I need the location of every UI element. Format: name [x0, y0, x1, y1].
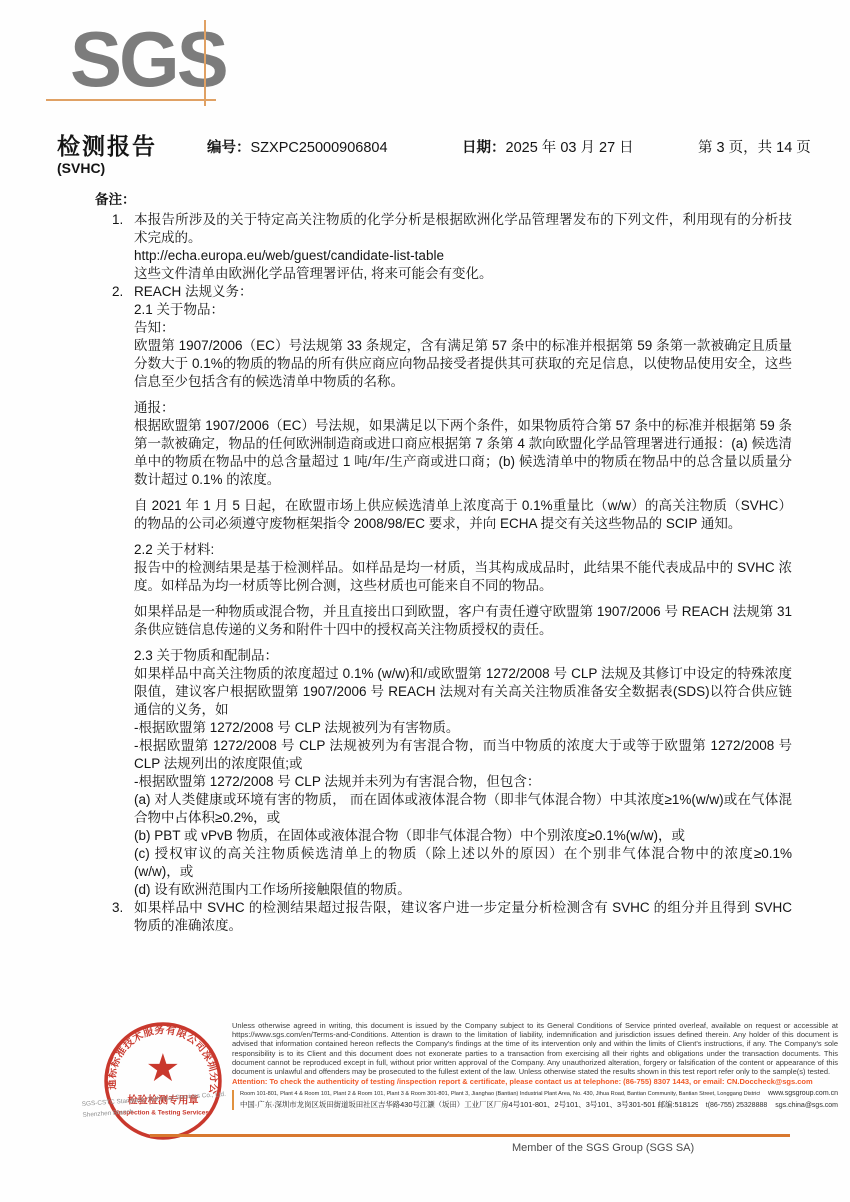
inform-label: 告知： [134, 319, 792, 337]
notes-heading: 备注： [95, 191, 792, 209]
substance-dash-2: -根据欧盟第 1272/2008 号 CLP 法规被列为有害混合物，而当中物质的… [134, 737, 792, 773]
note-1-text: 本报告所涉及的关于特定高关注物质的化学分析是根据欧洲化学品管理署发布的下列文件，… [134, 211, 792, 247]
attention-text: Attention: To check the authenticity of … [232, 1077, 838, 1086]
spacer [134, 533, 792, 541]
note-3-text: 如果样品中 SVHC 的检测结果超过报告限，建议客户进一步定量分析检测含有 SV… [134, 899, 792, 935]
material-text-1: 报告中的检测结果是基于检测样品。如样品是均一材质，当其构成成品时，此结果不能代表… [134, 559, 792, 595]
report-title: 检测报告 [57, 128, 157, 161]
inspection-stamp-icon: 通标标准技术服务有限公司深圳分公司 ★ 检验检测专用章 Inspection &… [102, 1020, 224, 1142]
substance-point-d: (d) 设有欧洲范围内工作场所接触限值的物质。 [134, 881, 792, 899]
report-date-value: 2025 年 03 月 27 日 [506, 140, 634, 156]
substance-point-a: (a) 对人类健康或环境有害的物质， 而在固体或液体混合物（即非气体混合物）中其… [134, 791, 792, 827]
sgs-logo: SGS [70, 14, 226, 105]
star-icon: ★ [146, 1047, 181, 1090]
section-2-1-title: 2.1 关于物品： [134, 301, 792, 319]
note-2-content: REACH 法规义务： 2.1 关于物品： 告知： 欧盟第 1907/2006（… [134, 283, 792, 899]
note-item-3: 3. 如果样品中 SVHC 的检测结果超过报告限，建议客户进一步定量分析检测含有… [112, 899, 792, 935]
report-page: SGS 检测报告 (SVHC) 编号：SZXPC25000906804 日期：2… [0, 0, 850, 1202]
spacer [134, 639, 792, 647]
report-number: 编号：SZXPC25000906804 [207, 136, 388, 157]
note-2-number: 2. [112, 283, 134, 301]
note-3-number: 3. [112, 899, 134, 917]
material-text-2: 如果样品是一种物质或混合物，并且直接出口到欧盟，客户有责任遵守欧盟第 1907/… [134, 603, 792, 639]
substance-point-c: (c) 授权审议的高关注物质候选清单上的物质（除上述以外的原因）在个别非气体混合… [134, 845, 792, 881]
address-row-english: Room 101-801, Plant 4 & Room 101, Plant … [240, 1090, 838, 1097]
spacer [134, 391, 792, 399]
notes-section: 备注： 1. 本报告所涉及的关于特定高关注物质的化学分析是根据欧洲化学品管理署发… [95, 191, 792, 935]
legal-disclaimer-text: Unless otherwise agreed in writing, this… [232, 1021, 838, 1076]
note-1-number: 1. [112, 211, 134, 229]
footer-rule-icon [150, 1134, 790, 1137]
inform-text: 欧盟第 1907/2006（EC）号法规第 33 条规定，含有满足第 57 条中… [134, 337, 792, 391]
address-block: Room 101-801, Plant 4 & Room 101, Plant … [232, 1090, 838, 1110]
address-chinese: 中国·广东·深圳市龙岗区坂田街道坂田社区吉华路430号江灏（坂田）工业厂区厂房4… [240, 1099, 698, 1110]
email-link[interactable]: sgs.china@sgs.com [775, 1102, 838, 1109]
report-date: 日期：2025 年 03 月 27 日 [462, 136, 634, 157]
substance-point-b: (b) PBT 或 vPvB 物质，在固体或液体混合物（即非气体混合物）中个别浓… [134, 827, 792, 845]
section-2-2-title: 2.2 关于材料: [134, 541, 792, 559]
footer-text-block: Unless otherwise agreed in writing, this… [232, 1021, 838, 1110]
report-number-value: SZXPC25000906804 [251, 140, 388, 156]
address-row-chinese: 中国·广东·深圳市龙岗区坂田街道坂田社区吉华路430号江灏（坂田）工业厂区厂房4… [240, 1097, 838, 1110]
notify-label: 通报： [134, 399, 792, 417]
scip-text: 自 2021 年 1 月 5 日起，在欧盟市场上供应候选清单上浓度高于 0.1%… [134, 497, 792, 533]
note-1-content: 本报告所涉及的关于特定高关注物质的化学分析是根据欧洲化学品管理署发布的下列文件，… [134, 211, 792, 283]
member-text: Member of the SGS Group (SGS SA) [512, 1142, 694, 1154]
substance-text: 如果样品中高关注物质的浓度超过 0.1% (w/w)和/或欧盟第 1272/20… [134, 665, 792, 719]
header-rule-vertical-icon [204, 20, 206, 106]
candidate-list-link[interactable]: http://echa.europa.eu/web/guest/candidat… [134, 247, 792, 265]
note-item-1: 1. 本报告所涉及的关于特定高关注物质的化学分析是根据欧洲化学品管理署发布的下列… [112, 211, 792, 283]
spacer [134, 595, 792, 603]
note-1-remark: 这些文件清单由欧洲化学品管理署评估, 将来可能会有变化。 [134, 265, 792, 283]
page-indicator: 第 3 页，共 14 页 [698, 136, 811, 157]
header-rule-horizontal-icon [46, 99, 216, 101]
report-number-label: 编号： [207, 140, 251, 156]
spacer [134, 489, 792, 497]
report-subtitle: (SVHC) [57, 160, 105, 176]
address-english: Room 101-801, Plant 4 & Room 101, Plant … [240, 1091, 760, 1097]
report-date-label: 日期： [462, 140, 506, 156]
phone-number: t(86-755) 25328888 [706, 1102, 768, 1109]
note-3-content: 如果样品中 SVHC 的检测结果超过报告限，建议客户进一步定量分析检测含有 SV… [134, 899, 792, 935]
notify-text: 根据欧盟第 1907/2006（EC）号法规，如果满足以下两个条件，如果物质符合… [134, 417, 792, 489]
note-item-2: 2. REACH 法规义务： 2.1 关于物品： 告知： 欧盟第 1907/20… [112, 283, 792, 899]
website-link[interactable]: www.sgsgroup.com.cn [768, 1090, 838, 1097]
substance-dash-3: -根据欧盟第 1272/2008 号 CLP 法规并未列为有害混合物，但包含： [134, 773, 792, 791]
section-2-3-title: 2.3 关于物质和配制品： [134, 647, 792, 665]
note-2-title: REACH 法规义务： [134, 283, 792, 301]
substance-dash-1: -根据欧盟第 1272/2008 号 CLP 法规被列为有害物质。 [134, 719, 792, 737]
